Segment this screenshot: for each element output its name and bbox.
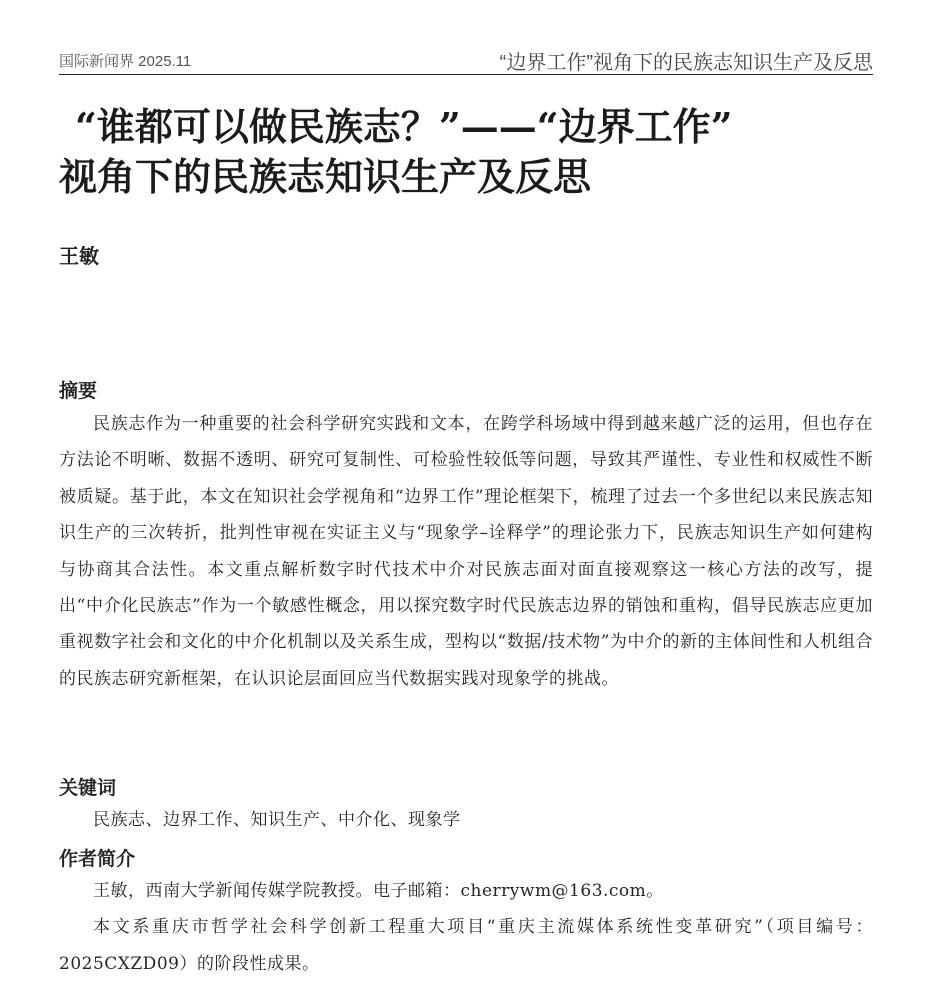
author-bio-section: 王敏，西南大学新闻传媒学院教授。电子邮箱：cherrywm@163.com。 本…: [59, 873, 873, 982]
journal-issue: 国际新闻界 2025.11: [59, 50, 191, 71]
funding-text: 本文系重庆市哲学社会科学创新工程重大项目“重庆主流媒体系统性变革研究”（项目编号…: [59, 909, 873, 982]
article-title: “谁都可以做民族志？”——“边界工作” 视角下的民族志知识生产及反思: [59, 102, 889, 202]
abstract-heading: 摘要: [59, 376, 97, 403]
author-bio-heading: 作者简介: [59, 844, 135, 871]
author-name: 王敏: [59, 240, 99, 269]
title-line-2: 视角下的民族志知识生产及反思: [59, 152, 889, 202]
title-line-1: “谁都可以做民族志？”——“边界工作”: [59, 102, 889, 152]
keywords-section: 民族志、边界工作、知识生产、中介化、现象学: [59, 802, 873, 838]
abstract-section: 民族志作为一种重要的社会科学研究实践和文本，在跨学科场域中得到越来越广泛的运用，…: [59, 406, 873, 697]
running-title: “边界工作”视角下的民族志知识生产及反思: [500, 46, 873, 75]
author-bio-text: 王敏，西南大学新闻传媒学院教授。电子邮箱：cherrywm@163.com。: [59, 873, 873, 909]
abstract-text: 民族志作为一种重要的社会科学研究实践和文本，在跨学科场域中得到越来越广泛的运用，…: [59, 406, 873, 697]
keywords-heading: 关键词: [59, 773, 116, 800]
running-header: 国际新闻界 2025.11 “边界工作”视角下的民族志知识生产及反思: [59, 46, 873, 75]
keywords-text: 民族志、边界工作、知识生产、中介化、现象学: [59, 802, 873, 838]
